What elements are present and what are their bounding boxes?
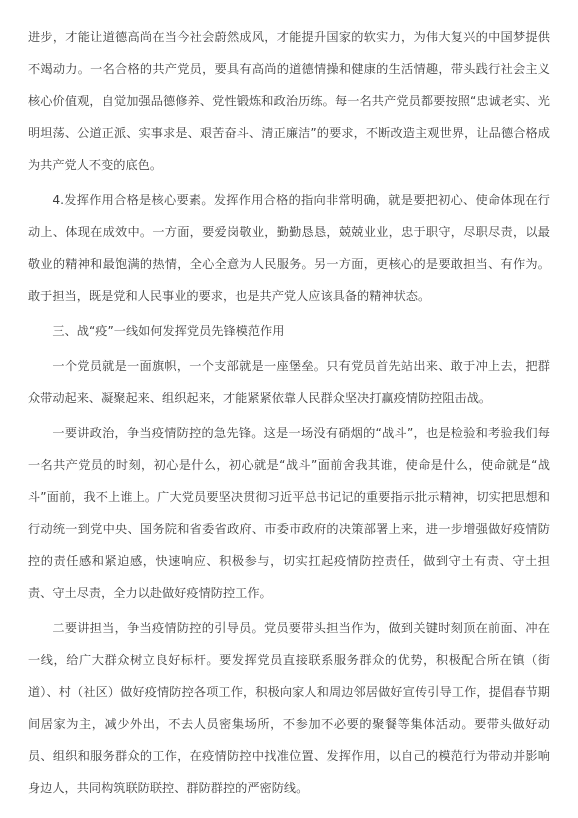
- body-paragraph: 4.发挥作用合格是核心要素。发挥作用合格的指向非常明确，就是要把初心、使命体现在…: [28, 184, 550, 312]
- body-paragraph: 一个党员就是一面旗帜，一个支部就是一座堡垒。只有党员首先站出来、敢于冲上去，把群…: [28, 350, 550, 414]
- body-paragraph: 一要讲政治，争当疫情防控的急先锋。这是一场没有硝烟的“战斗”，也是检验和考验我们…: [28, 417, 550, 609]
- section-heading: 三、战“疫”一线如何发挥党员先锋模范作用: [28, 315, 550, 347]
- body-paragraph-continuation: 进步，才能让道德高尚在当今社会蔚然成风，才能提升国家的软实力，为伟大复兴的中国梦…: [28, 21, 550, 181]
- document-body: 进步，才能让道德高尚在当今社会蔚然成风，才能提升国家的软实力，为伟大复兴的中国梦…: [28, 21, 550, 804]
- document-page: 进步，才能让道德高尚在当今社会蔚然成风，才能提升国家的软实力，为伟大复兴的中国梦…: [0, 0, 578, 818]
- body-paragraph: 二要讲担当，争当疫情防控的引导员。党员要带头担当作为，做到关键时刻顶在前面、冲在…: [28, 612, 550, 804]
